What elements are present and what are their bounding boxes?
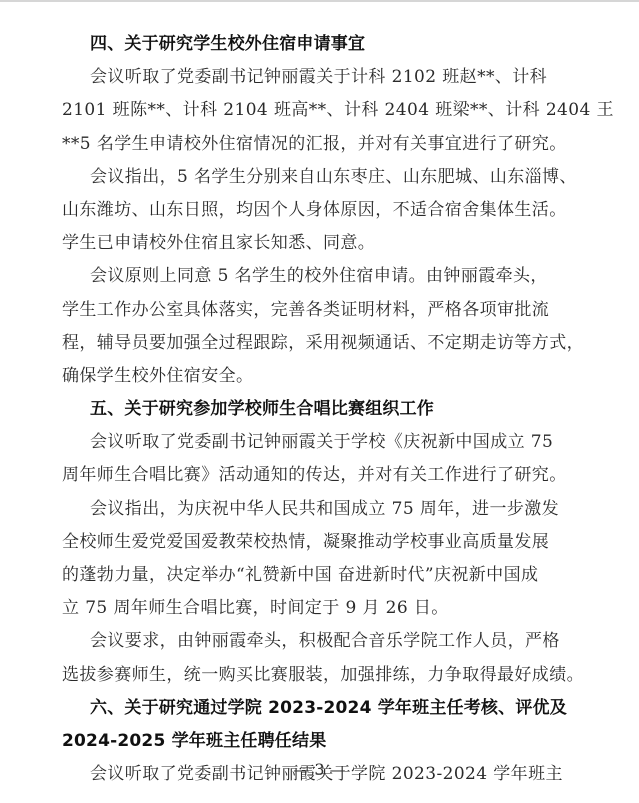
- section-heading-6-cont: 2024-2025 学年班主任聘任结果: [62, 725, 462, 758]
- text-line: 确保学生校外住宿安全。: [62, 360, 462, 393]
- document-page: 四、关于研究学生校外住宿申请事宜 会议听取了党委副书记钟丽霞关于计科 2102 …: [62, 28, 462, 791]
- paragraph: 会议原则上同意 5 名学生的校外住宿申请。由钟丽霞牵头， 学生工作办公室具体落实…: [62, 260, 462, 393]
- paragraph: 会议听取了党委副书记钟丽霞关于学校《庆祝新中国成立 75 周年师生合唱比赛》活动…: [62, 426, 462, 492]
- paragraph: 会议听取了党委副书记钟丽霞关于计科 2102 班赵**、计科 2101 班陈**…: [62, 61, 462, 161]
- text-line: 会议要求，由钟丽霞牵头，积极配合音乐学院工作人员，严格: [62, 625, 462, 658]
- section-heading-4: 四、关于研究学生校外住宿申请事宜: [62, 28, 462, 61]
- paragraph: 会议要求，由钟丽霞牵头，积极配合音乐学院工作人员，严格 选拔参赛师生，统一购买比…: [62, 625, 462, 691]
- text-line: 山东潍坊、山东日照，均因个人身体原因，不适合宿舍集体生活。: [62, 194, 462, 227]
- text-line: 学生已申请校外住宿且家长知悉、同意。: [62, 227, 462, 260]
- text-line: 会议听取了党委副书记钟丽霞关于计科 2102 班赵**、计科: [62, 61, 462, 94]
- page-number: — 3 —: [0, 760, 639, 779]
- text-line: 周年师生合唱比赛》活动通知的传达，并对有关工作进行了研究。: [62, 459, 462, 492]
- text-line: 会议原则上同意 5 名学生的校外住宿申请。由钟丽霞牵头，: [62, 260, 462, 293]
- section-heading-6: 六、关于研究通过学院 2023-2024 学年班主任考核、评优及: [62, 692, 462, 725]
- text-line: 全校师生爱党爱国爱教荣校热情，凝聚推动学校事业高质量发展: [62, 526, 462, 559]
- text-line: 2101 班陈**、计科 2104 班高**、计科 2404 班梁**、计科 2…: [62, 94, 462, 127]
- paragraph: 会议指出，5 名学生分别来自山东枣庄、山东肥城、山东淄博、 山东潍坊、山东日照，…: [62, 161, 462, 261]
- text-line: 选拔参赛师生，统一购买比赛服装，加强排练，力争取得最好成绩。: [62, 659, 462, 692]
- text-line: 立 75 周年师生合唱比赛，时间定于 9 月 26 日。: [62, 592, 462, 625]
- text-line: 会议指出，为庆祝中华人民共和国成立 75 周年，进一步激发: [62, 493, 462, 526]
- text-line: 的蓬勃力量，决定举办“礼赞新中国 奋进新时代”庆祝新中国成: [62, 559, 462, 592]
- text-line: 学生工作办公室具体落实，完善各类证明材料，严格各项审批流: [62, 294, 462, 327]
- text-line: 会议听取了党委副书记钟丽霞关于学校《庆祝新中国成立 75: [62, 426, 462, 459]
- paragraph: 会议指出，为庆祝中华人民共和国成立 75 周年，进一步激发 全校师生爱党爱国爱教…: [62, 493, 462, 626]
- top-border: [0, 0, 639, 2]
- text-line: 程，辅导员要加强全过程跟踪，采用视频通话、不定期走访等方式，: [62, 327, 462, 360]
- section-heading-5: 五、关于研究参加学校师生合唱比赛组织工作: [62, 393, 462, 426]
- text-line: **5 名学生申请校外住宿情况的汇报，并对有关事宜进行了研究。: [62, 128, 462, 161]
- text-line: 会议指出，5 名学生分别来自山东枣庄、山东肥城、山东淄博、: [62, 161, 462, 194]
